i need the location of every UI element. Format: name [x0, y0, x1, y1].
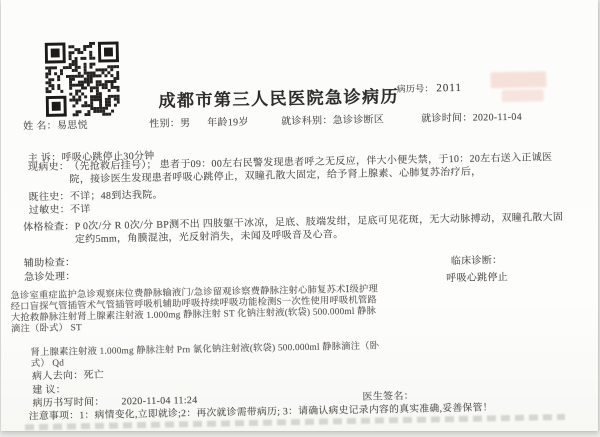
- redaction-mark: [502, 89, 544, 102]
- allergy-history-row: 过敏史：不详: [29, 200, 91, 216]
- redaction-mark: [490, 71, 546, 88]
- treatment-label: 急诊处理：: [24, 271, 76, 283]
- clinical-diagnosis: 临床诊断： 呼吸心跳停止: [451, 251, 508, 284]
- visit-dept: 就诊科别：急诊诊断区: [281, 110, 384, 127]
- physical-exam-label: 体格检查：: [23, 221, 75, 247]
- allergy-history-value: 不详: [70, 204, 91, 215]
- order-line: 滴注（卧式） ST: [11, 319, 82, 334]
- patient-age: 年龄19岁: [207, 113, 249, 129]
- allergy-history-label: 过敏史：: [29, 204, 70, 216]
- physical-exam-row: 体格检查： P 0次/分 R 0次/分 BP测不出 四肢躯干冰凉，足底、肢端发绀…: [23, 212, 571, 248]
- notes-label: 注意事项：: [29, 410, 80, 422]
- present-history-label: 现病史：: [28, 161, 70, 187]
- visit-time: 就诊时间：2020-11-04: [421, 108, 522, 125]
- qr-code: [45, 39, 120, 118]
- physical-exam-value: P 0次/分 R 0次/分 BP测不出 四肢躯干冰凉，足底、肢端发绀，足底可见花…: [75, 212, 572, 247]
- record-number: 病历号： 2011: [396, 81, 462, 95]
- clinical-diagnosis-label: 临床诊断：: [451, 251, 508, 267]
- medication-line: 肾上腺素注射液 1.000mg 静脉注射 Prn 氯化钠注射液(软袋) 500.…: [30, 337, 379, 358]
- patient-outcome-value: 死亡: [83, 370, 104, 381]
- visit-dept-label: 就诊科别：: [281, 115, 333, 127]
- treatment-row: 急诊处理：: [24, 267, 76, 283]
- document-title: 成都市第三人民医院急诊病历: [149, 82, 409, 112]
- patient-gender-label: 性别：: [149, 118, 180, 130]
- visit-time-label: 就诊时间：: [421, 113, 473, 125]
- patient-name-label: 姓 名：: [23, 121, 57, 133]
- patient-gender-value: 男: [180, 118, 191, 129]
- scanned-page: 成都市第三人民医院急诊病历 病历号： 2011 姓 名：易思悦 性别：男 年龄1…: [1, 0, 598, 431]
- clinical-diagnosis-value: 呼吸心跳停止: [446, 268, 508, 284]
- patient-gender: 性别：男: [149, 114, 190, 130]
- patient-name: 姓 名：易思悦: [23, 116, 88, 132]
- patient-outcome-row: 病人去向：死亡: [32, 366, 104, 382]
- record-number-label: 病历号：: [396, 83, 433, 94]
- patient-name-value: 易思悦: [57, 120, 88, 132]
- visit-time-value: 2020-11-04: [473, 112, 522, 124]
- visit-dept-value: 急诊诊断区: [333, 114, 385, 126]
- record-number-value: 2011: [436, 82, 462, 94]
